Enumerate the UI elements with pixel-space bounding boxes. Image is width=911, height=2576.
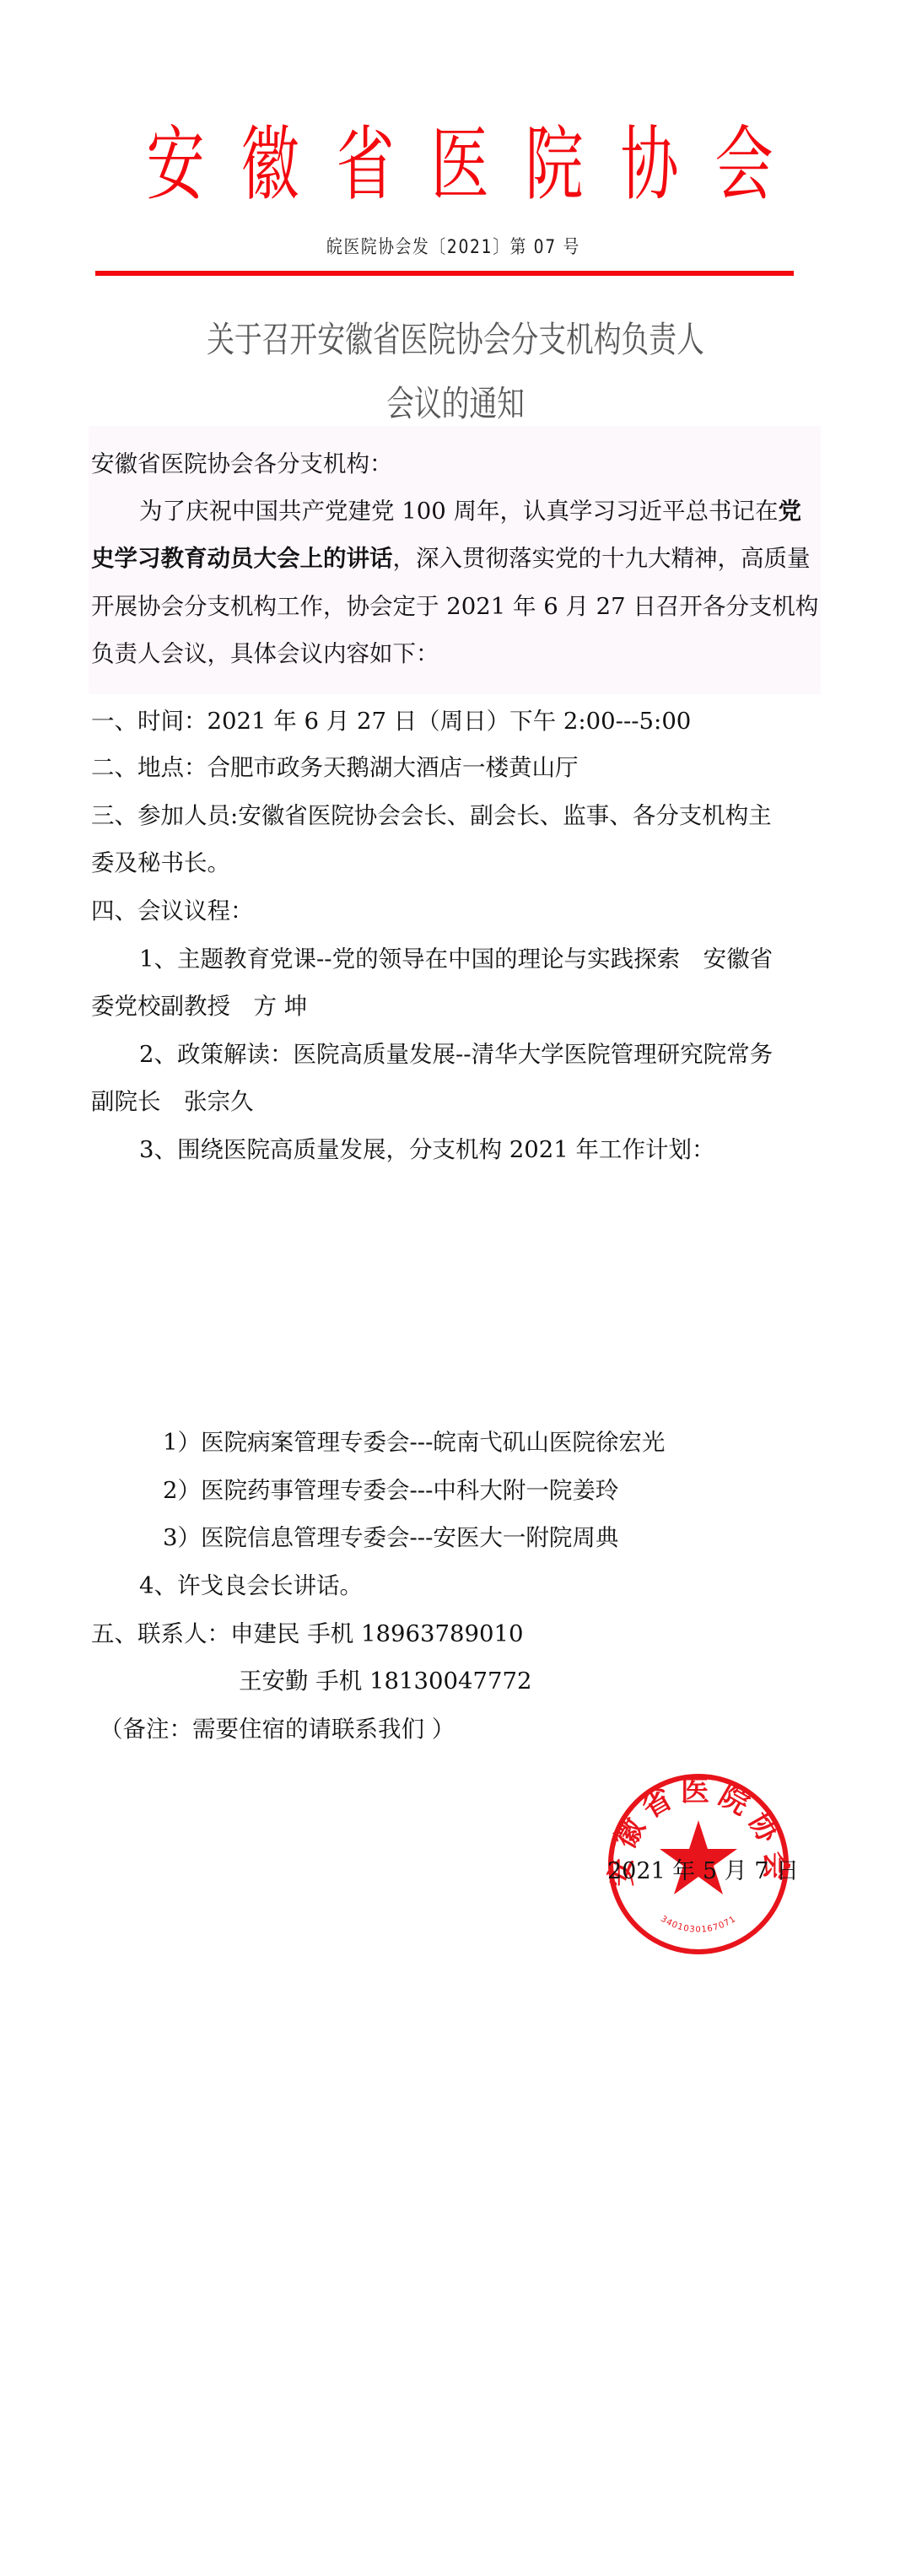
intro-text: 为了庆祝中国共产党建党 100 周年，认真学习习近平总书记在 [139,498,778,525]
agenda-item: 2、政策解读：医院高质量发展--清华大学医院管理研究院常务 [139,1037,773,1071]
masthead-char: 省 [336,118,394,211]
intro-paragraph-line: 为了庆祝中国共产党建党 100 周年，认真学习习近平总书记在党 [139,494,801,528]
section-time: 一、时间：2021 年 6 月 27 日（周日）下午 2:00---5:00 [91,704,691,738]
agenda-item: 4、许戈良会长讲话。 [139,1569,363,1603]
masthead-char: 协 [620,118,678,211]
page-title-line2: 会议的通知 [100,376,811,427]
intro-emphasis: 党 [778,498,801,525]
intro-text: ，深入贯彻落实党的十九大精神，高质量 [393,545,811,572]
intro-emphasis: 史学习教育动员大会上的讲话 [91,545,393,572]
agenda-sub-item: 3）医院信息管理专委会---安医大一附院周典 [163,1521,618,1555]
note: （备注：需要住宿的请联系我们 ） [100,1712,455,1746]
section-attendees: 三、参加人员:安徽省医院协会会长、副会长、监事、各分支机构主 [91,799,772,833]
section-contact: 五、联系人：申建民 手机 18963789010 [91,1617,523,1651]
section-contact-cont: 王安勤 手机 18130047772 [239,1664,531,1698]
masthead-char: 安 [146,118,204,211]
masthead: 安 徽 省 医 院 协 会 [135,118,784,211]
document-number: 皖医院协会发〔2021〕第 07 号 [68,233,839,259]
masthead-char: 徽 [241,118,299,211]
svg-text:3401030167071: 3401030167071 [659,1915,738,1935]
salutation: 安徽省医院协会各分支机构： [91,447,393,481]
section-agenda-heading: 四、会议议程： [91,894,254,928]
masthead-char: 会 [714,118,773,211]
page-title-line1: 关于召开安徽省医院协会分支机构负责人 [100,312,811,363]
intro-paragraph-line: 开展协会分支机构工作，协会定于 2021 年 6 月 27 日召开各分支机构 [91,590,818,623]
agenda-item-cont: 副院长 张宗久 [91,1085,254,1118]
agenda-sub-item: 2）医院药事管理专委会---中科大附一院姜玲 [163,1474,618,1507]
agenda-item: 1、主题教育党课--党的领导在中国的理论与实践探索 安徽省 [139,942,773,976]
section-attendees-cont: 委及秘书长。 [91,846,230,880]
signature-date: 2021 年 5 月 7 日 [607,1852,799,1885]
header-divider [95,271,794,276]
masthead-char: 医 [430,118,488,211]
agenda-item: 3、围绕医院高质量发展，分支机构 2021 年工作计划： [139,1133,714,1167]
intro-paragraph-line: 史学习教育动员大会上的讲话，深入贯彻落实党的十九大精神，高质量 [91,542,811,575]
agenda-item-cont: 委党校副教授 方 坤 [91,989,307,1023]
agenda-sub-item: 1）医院病案管理专委会---皖南弋矶山医院徐宏光 [163,1425,665,1459]
intro-paragraph-line: 负责人会议，具体会议内容如下： [91,637,439,671]
section-place: 二、地点：合肥市政务天鹅湖大酒店一楼黄山厅 [91,751,579,784]
masthead-char: 院 [526,118,584,211]
